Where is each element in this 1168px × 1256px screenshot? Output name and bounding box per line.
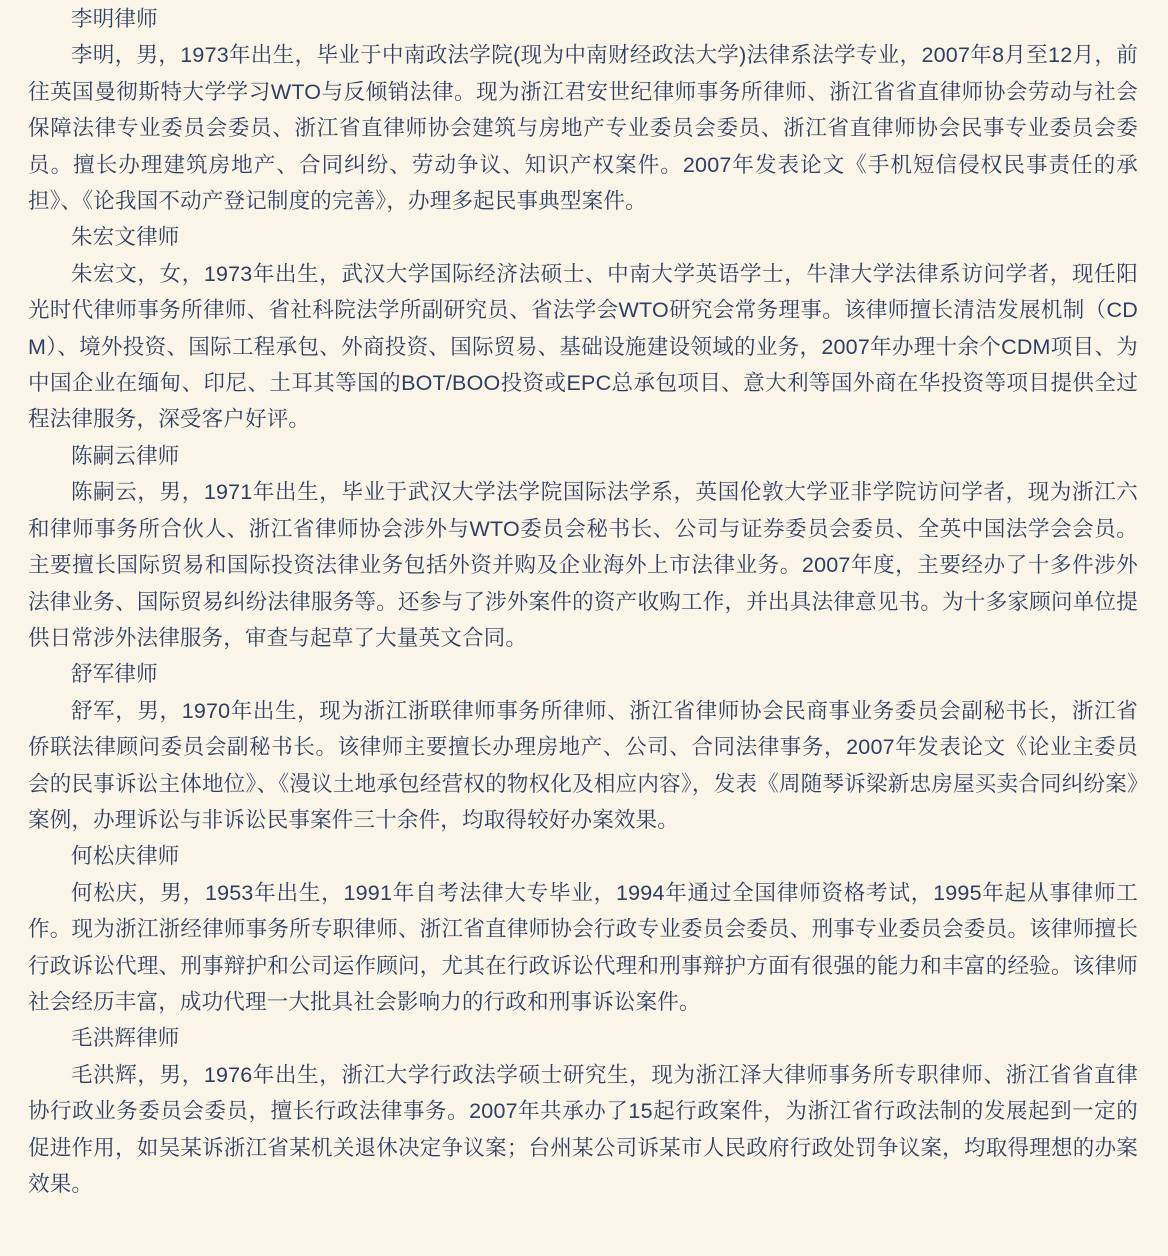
lawyer-section: 毛洪辉律师 毛洪辉，男，1976年出生，浙江大学行政法学硕士研究生，现为浙江泽大… [28, 1020, 1138, 1202]
lawyer-section: 舒军律师 舒军，男，1970年出生，现为浙江浙联律师事务所律师、浙江省律师协会民… [28, 656, 1138, 838]
lawyer-name: 毛洪辉律师 [28, 1020, 1138, 1056]
lawyer-bio: 毛洪辉，男，1976年出生，浙江大学行政法学硕士研究生，现为浙江泽大律师事务所专… [28, 1057, 1138, 1203]
lawyer-section: 李明律师 李明，男，1973年出生，毕业于中南政法学院(现为中南财经政法大学)法… [28, 1, 1138, 219]
lawyer-section: 何松庆律师 何松庆，男，1953年出生，1991年自考法律大专毕业，1994年通… [28, 838, 1138, 1020]
lawyer-name: 李明律师 [28, 1, 1138, 37]
lawyer-section: 朱宏文律师 朱宏文，女，1973年出生，武汉大学国际经济法硕士、中南大学英语学士… [28, 219, 1138, 437]
lawyer-bio: 陈嗣云，男，1971年出生，毕业于武汉大学法学院国际法学系，英国伦敦大学亚非学院… [28, 474, 1138, 656]
lawyer-bio: 朱宏文，女，1973年出生，武汉大学国际经济法硕士、中南大学英语学士，牛津大学法… [28, 256, 1138, 438]
lawyer-name: 何松庆律师 [28, 838, 1138, 874]
lawyer-bio: 何松庆，男，1953年出生，1991年自考法律大专毕业，1994年通过全国律师资… [28, 875, 1138, 1021]
lawyer-name: 朱宏文律师 [28, 219, 1138, 255]
lawyer-name: 舒军律师 [28, 656, 1138, 692]
lawyer-bio: 舒军，男，1970年出生，现为浙江浙联律师事务所律师、浙江省律师协会民商事业务委… [28, 693, 1138, 839]
document-body: 李明律师 李明，男，1973年出生，毕业于中南政法学院(现为中南财经政法大学)法… [0, 0, 1168, 1256]
lawyer-name: 陈嗣云律师 [28, 438, 1138, 474]
lawyer-bio: 李明，男，1973年出生，毕业于中南政法学院(现为中南财经政法大学)法律系法学专… [28, 37, 1138, 219]
lawyer-section: 陈嗣云律师 陈嗣云，男，1971年出生，毕业于武汉大学法学院国际法学系，英国伦敦… [28, 438, 1138, 656]
